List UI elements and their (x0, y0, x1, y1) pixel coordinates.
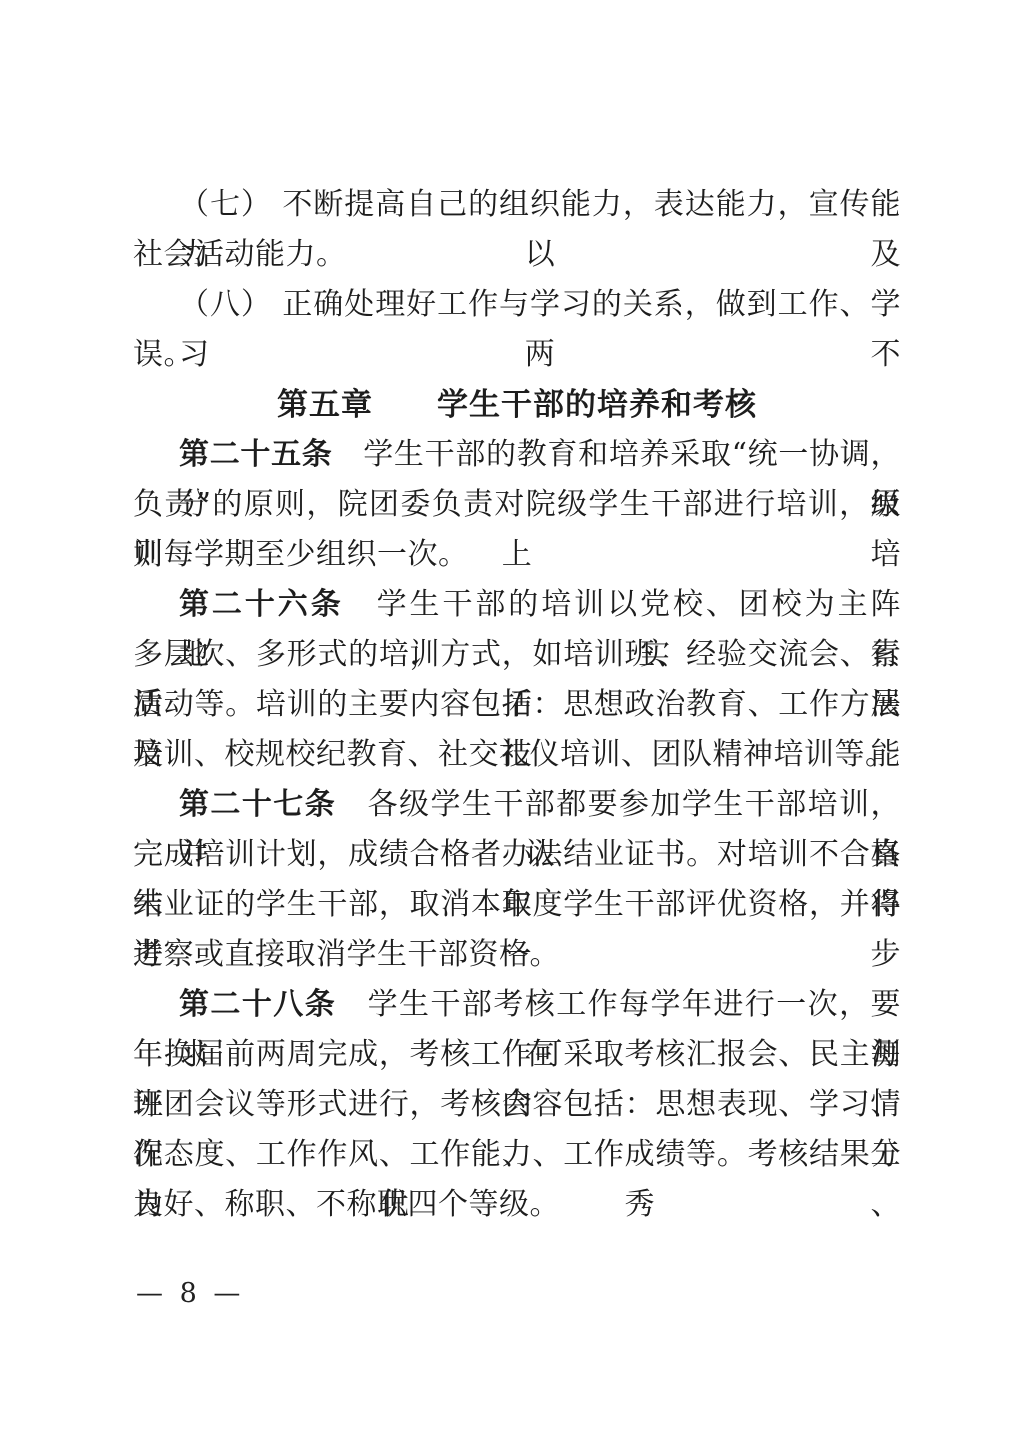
text-line: 第二十五条 学生干部的教育和培养采取“统一协调，分级 (133, 430, 901, 480)
article-number: 第二十七条 (179, 787, 336, 822)
article-28: 第二十八条 学生干部考核工作每学年进行一次，要求在每 年换届前两周完成，考核工作… (133, 980, 901, 1230)
text-line: 多层次、多形式的培训方式，如培训班、经验交流会、素质拓展 (133, 630, 901, 680)
text-line: 第二十六条 学生干部的培训以党校、团校为主阵地，实行 (133, 580, 901, 630)
article-25: 第二十五条 学生干部的教育和培养采取“统一协调，分级 负责”的原则，院团委负责对… (133, 430, 901, 580)
text-line: 作态度、工作作风、工作能力、工作成绩等。考核结果分为优秀、 (133, 1130, 901, 1180)
chapter-heading: 第五章 学生干部的培养和考核 (133, 380, 901, 430)
text-line: 年换届前两周完成，考核工作可采取考核汇报会、民主测评会、 (133, 1030, 901, 1080)
text-line: 第二十八条 学生干部考核工作每学年进行一次，要求在每 (133, 980, 901, 1030)
paragraph-item-7: （七） 不断提高自己的组织能力，表达能力，宣传能力以及 社会活动能力。 (133, 180, 901, 280)
document-page: （七） 不断提高自己的组织能力，表达能力，宣传能力以及 社会活动能力。 （八） … (0, 0, 1024, 1447)
text-line: （八） 正确处理好工作与学习的关系，做到工作、学习两不 (133, 280, 901, 330)
document-body: （七） 不断提高自己的组织能力，表达能力，宣传能力以及 社会活动能力。 （八） … (133, 180, 901, 1230)
article-number: 第二十八条 (179, 987, 336, 1022)
article-27: 第二十七条 各级学生干部都要参加学生干部培训，并认真 完成培训计划，成绩合格者办… (133, 780, 901, 980)
text-line: 培训、校规校纪教育、社交礼仪培训、团队精神培训等。 (133, 730, 901, 780)
text-line: 第二十七条 各级学生干部都要参加学生干部培训，并认真 (133, 780, 901, 830)
article-number: 第二十五条 (179, 437, 333, 472)
text-line: 结业证的学生干部，取消本年度学生干部评优资格，并将进一步 (133, 880, 901, 930)
page-number: — 8 — (136, 1278, 244, 1309)
article-number: 第二十六条 (179, 587, 344, 622)
paragraph-item-8: （八） 正确处理好工作与学习的关系，做到工作、学习两不 误。 (133, 280, 901, 380)
text-line: 完成培训计划，成绩合格者办法结业证书。对培训不合格未取得 (133, 830, 901, 880)
text-line: 活动等。培训的主要内容包括：思想政治教育、工作方法及技能 (133, 680, 901, 730)
text-line: 班团会议等形式进行，考核内容包括：思想表现、学习情况、工 (133, 1080, 901, 1130)
text-line: 负责”的原则，院团委负责对院级学生干部进行培训，原则上培 (133, 480, 901, 530)
text-line: （七） 不断提高自己的组织能力，表达能力，宣传能力以及 (133, 180, 901, 230)
article-26: 第二十六条 学生干部的培训以党校、团校为主阵地，实行 多层次、多形式的培训方式，… (133, 580, 901, 780)
